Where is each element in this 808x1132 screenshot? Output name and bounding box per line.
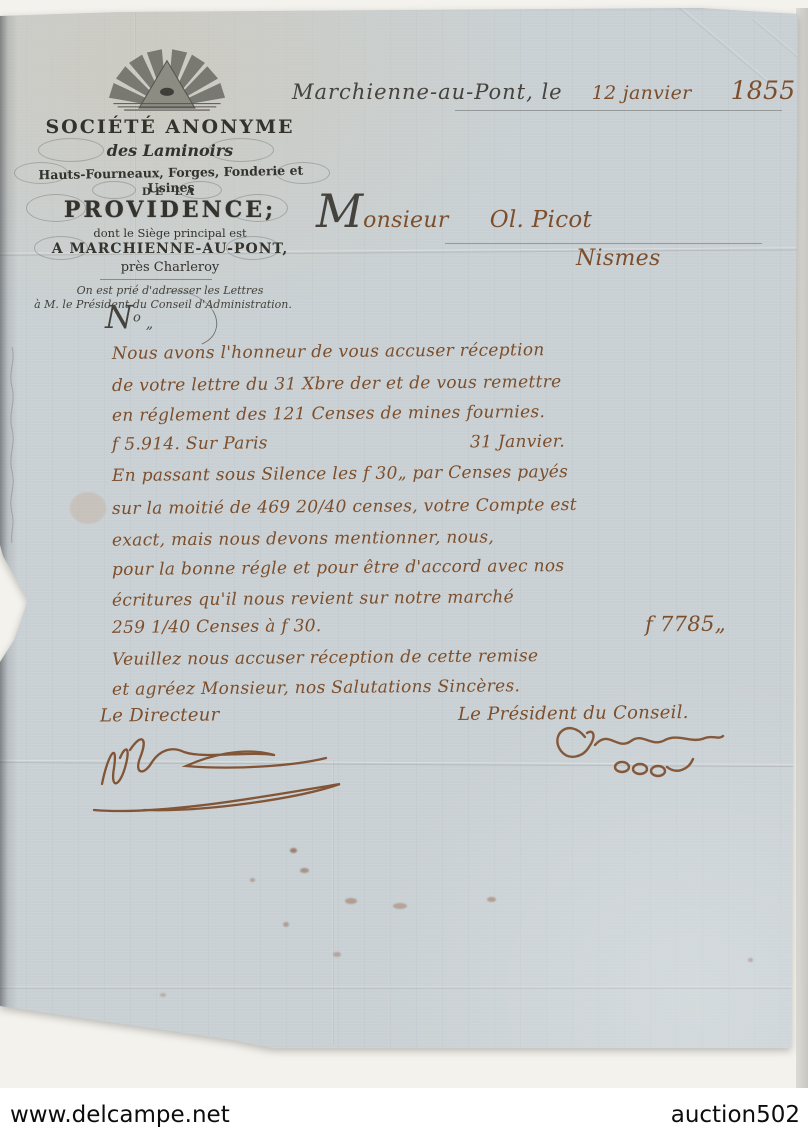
- letter-paper: SOCIÉTÉ ANONYME des Laminoirs Hauts-Four…: [0, 0, 808, 1132]
- stain: [300, 868, 309, 873]
- watermark-right: auction502: [671, 1102, 800, 1128]
- body-line: sur la moitié de 469 20/40 censes, votre…: [112, 495, 577, 519]
- president-signature: [545, 715, 765, 810]
- closing-left-title: Le Directeur: [100, 704, 220, 726]
- stain: [748, 958, 753, 962]
- body-line: et agréez Monsieur, nos Salutations Sinc…: [112, 676, 520, 700]
- sunburst-eye-of-providence-emblem: [92, 40, 242, 118]
- margin-pencil-note: [4, 345, 20, 545]
- body-line: En passant sous Silence les f 30„ par Ce…: [112, 462, 568, 486]
- body-line: en réglement des 121 Censes de mines fou…: [112, 402, 545, 426]
- stain: [487, 897, 496, 902]
- stain: [70, 492, 106, 524]
- dateline-handwritten-day: 12 janvier: [592, 82, 692, 104]
- body-line: Veuillez nous accuser réception de cette…: [112, 646, 539, 670]
- dateline-rule: [455, 110, 782, 111]
- body-line: pour la bonne régle et pour être d'accor…: [112, 556, 565, 580]
- director-signature: [88, 726, 438, 816]
- letterhead-seat-line3: près Charleroy: [36, 260, 304, 275]
- recipient-salutation-rest: onsieur: [363, 208, 449, 233]
- dateline-handwritten-year: 1855: [731, 76, 796, 105]
- letterhead-seat-line1: dont le Siège principal est: [36, 226, 304, 240]
- stain: [250, 878, 255, 882]
- stain: [393, 903, 407, 909]
- watermark-strip: www.delcampe.net auction502: [0, 1088, 808, 1132]
- fold-crease: [0, 986, 808, 989]
- reference-ordinal: o: [133, 311, 141, 326]
- stain: [290, 848, 297, 853]
- letterhead-providence: PROVIDENCE;: [36, 197, 304, 223]
- body-total-right: f 7785„: [645, 612, 726, 637]
- body-total-left: 259 1/40 Censes à f 30.: [112, 616, 322, 638]
- recipient-name: Ol. Picot: [490, 207, 592, 233]
- letterhead-company-line2: des Laminoirs: [36, 141, 304, 160]
- body-line: exact, mais nous devons mentionner, nous…: [112, 527, 494, 550]
- body-line: Nous avons l'honneur de vous accuser réc…: [112, 340, 545, 364]
- reference-n: N: [105, 298, 133, 336]
- stain: [160, 993, 166, 997]
- stain: [345, 898, 357, 904]
- recipient-line: Monsieur Ol. Picot: [316, 188, 592, 234]
- recipient-rule: [445, 243, 762, 244]
- fold-crease: [752, 18, 808, 65]
- body-line: écritures qu'il nous revient sur notre m…: [112, 587, 514, 611]
- body-amount-right: 31 Janvier.: [470, 432, 565, 453]
- recipient-city: Nismes: [576, 246, 661, 271]
- body-amount-left: f 5.914. Sur Paris: [112, 433, 268, 454]
- letter-scan: SOCIÉTÉ ANONYME des Laminoirs Hauts-Four…: [0, 0, 808, 1132]
- letterhead-company-name: SOCIÉTÉ ANONYME: [36, 116, 304, 138]
- letterhead-divider: [100, 279, 212, 280]
- letterhead-seat-line2: A MARCHIENNE-AU-PONT,: [36, 241, 304, 257]
- recipient-initial: M: [316, 184, 363, 238]
- stain: [333, 952, 341, 957]
- watermark-left: www.delcampe.net: [10, 1102, 230, 1128]
- dateline-printed-place: Marchienne-au-Pont, le: [292, 80, 563, 104]
- dateline: Marchienne-au-Pont, le 12 janvier 1855: [292, 76, 795, 105]
- body-line: de votre lettre du 31 Xbre der et de vou…: [112, 372, 562, 396]
- stain: [283, 922, 289, 927]
